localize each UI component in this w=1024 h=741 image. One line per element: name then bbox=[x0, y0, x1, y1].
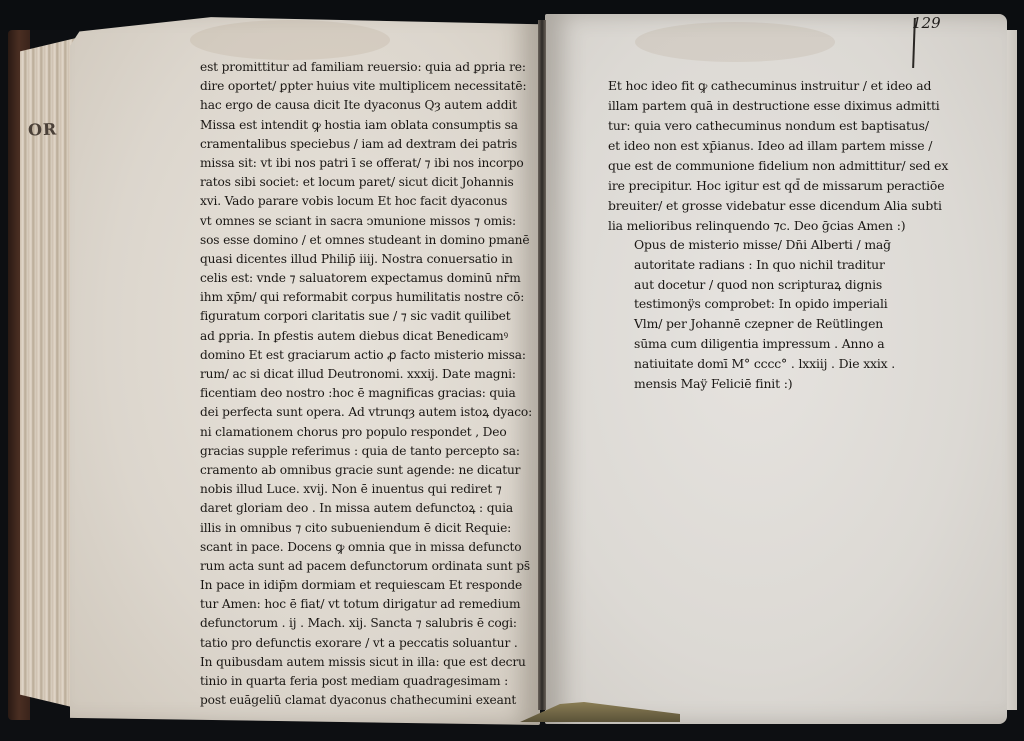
text-line: daret gloriam deo . In missa autem defun… bbox=[200, 499, 532, 518]
text-line: sos esse domino / et omnes studeant in d… bbox=[200, 231, 532, 250]
colophon-line: aut docetur / quod non scripturaꝝ dignis bbox=[634, 275, 895, 295]
colophon-line: Vlm/ per Johannē czepner de Reütlingen bbox=[634, 314, 895, 334]
text-line: breuiter/ et grosse videbatur esse dicen… bbox=[608, 196, 948, 216]
colophon-line: Opus de misterio misse/ Dn̄i Alberti / m… bbox=[634, 235, 895, 255]
text-line: est promittitur ad familiam reuersio: qu… bbox=[200, 58, 532, 77]
text-line: domino Et est graciarum actio ꝓ facto mi… bbox=[200, 346, 532, 365]
text-line: post euāgeliū clamat dyaconus chathecumi… bbox=[200, 691, 532, 710]
folio-number: 129 bbox=[912, 14, 941, 32]
text-line: celis est: vnde ⁊ saluatorem expectamus … bbox=[200, 269, 532, 288]
text-line: que est de communione fidelium non admit… bbox=[608, 156, 948, 176]
text-line: xvi. Vado parare vobis locum Et hoc faci… bbox=[200, 192, 532, 211]
text-line: tatio pro defunctis exorare / vt a pecca… bbox=[200, 634, 532, 653]
text-line: In quibusdam autem missis sicut in illa:… bbox=[200, 653, 532, 672]
text-line: rum/ ac si dicat illud Deutronomi. xxxij… bbox=[200, 365, 532, 384]
text-line: missa sit: vt ibi nos patri ī se offerat… bbox=[200, 154, 532, 173]
text-line: nobis illud Luce. xvij. Non ē inuentus q… bbox=[200, 480, 532, 499]
fore-edge-mark: OR bbox=[28, 119, 58, 139]
text-line: ni clamationem chorus pro populo respond… bbox=[200, 423, 532, 442]
page-stain bbox=[635, 22, 835, 62]
text-line: lia melioribus relinquendo ⁊c. Deo ḡcias… bbox=[608, 216, 948, 236]
colophon-line: mensis Maÿ Feliciē finit :) bbox=[634, 374, 895, 394]
right-page-text: Et hoc ideo fit ꝙ cathecuminus instruitu… bbox=[608, 76, 948, 236]
page-stain bbox=[190, 20, 390, 60]
text-line: ficentiam deo nostro :hoc ē magnificas g… bbox=[200, 384, 532, 403]
colophon-line: autoritate radians : In quo nichil tradi… bbox=[634, 255, 895, 275]
text-line: hac ergo de causa dicit Ite dyaconus Qȝ … bbox=[200, 96, 532, 115]
text-line: tur Amen: hoc ē fiat/ vt totum dirigatur… bbox=[200, 595, 532, 614]
text-line: et ideo non est xp̄ianus. Ideo ad illam … bbox=[608, 136, 948, 156]
text-line: ad ꝑpria. In ꝑfestis autem diebus dicat … bbox=[200, 327, 532, 346]
text-line: In pace in idip̄m dormiam et requiescam … bbox=[200, 576, 532, 595]
text-line: rum acta sunt ad pacem defunctorum ordin… bbox=[200, 557, 532, 576]
text-line: Et hoc ideo fit ꝙ cathecuminus instruitu… bbox=[608, 76, 948, 96]
text-line: illam partem quā in destructione esse di… bbox=[608, 96, 948, 116]
text-line: ihm xp̄m/ qui reformabit corpus humilita… bbox=[200, 288, 532, 307]
text-line: gracias supple referimus : quia de tanto… bbox=[200, 442, 532, 461]
colophon: Opus de misterio misse/ Dn̄i Alberti / m… bbox=[634, 235, 895, 393]
colophon-line: sūma cum diligentia impressum . Anno a bbox=[634, 334, 895, 354]
book-gutter bbox=[538, 20, 546, 710]
text-line: Missa est intendit ꝙ hostia iam oblata c… bbox=[200, 116, 532, 135]
text-line: cramento ab omnibus gracie sunt agende: … bbox=[200, 461, 532, 480]
text-line: quasi dicentes illud Philip̄ iiij. Nostr… bbox=[200, 250, 532, 269]
text-line: illis in omnibus ⁊ cito subueniendum ē d… bbox=[200, 519, 532, 538]
text-line: cramentalibus speciebus / iam ad dextram… bbox=[200, 135, 532, 154]
colophon-line: natiuitate domī M° cccc° . lxxiij . Die … bbox=[634, 354, 895, 374]
text-line: figuratum corpori claritatis sue / ⁊ sic… bbox=[200, 307, 532, 326]
text-line: vt omnes se sciant in sacra ↄmunione mis… bbox=[200, 212, 532, 231]
text-line: defunctorum . ij . Mach. xij. Sancta ⁊ s… bbox=[200, 614, 532, 633]
left-page-text: est promittitur ad familiam reuersio: qu… bbox=[200, 58, 532, 710]
text-line: dei perfecta sunt opera. Ad vtrunqȝ aute… bbox=[200, 403, 532, 422]
text-line: ire precipitur. Hoc igitur est qd̄ de mi… bbox=[608, 176, 948, 196]
text-line: tinio in quarta feria post mediam quadra… bbox=[200, 672, 532, 691]
text-line: scant in pace. Docens ꝙ omnia que in mis… bbox=[200, 538, 532, 557]
text-line: tur: quia vero cathecuminus nondum est b… bbox=[608, 116, 948, 136]
colophon-line: testimonÿs comprobet: In opido imperiali bbox=[634, 294, 895, 314]
text-line: ratos sibi societ: et locum paret/ sicut… bbox=[200, 173, 532, 192]
text-line: dire oportet/ ꝑpter huius vite multiplic… bbox=[200, 77, 532, 96]
